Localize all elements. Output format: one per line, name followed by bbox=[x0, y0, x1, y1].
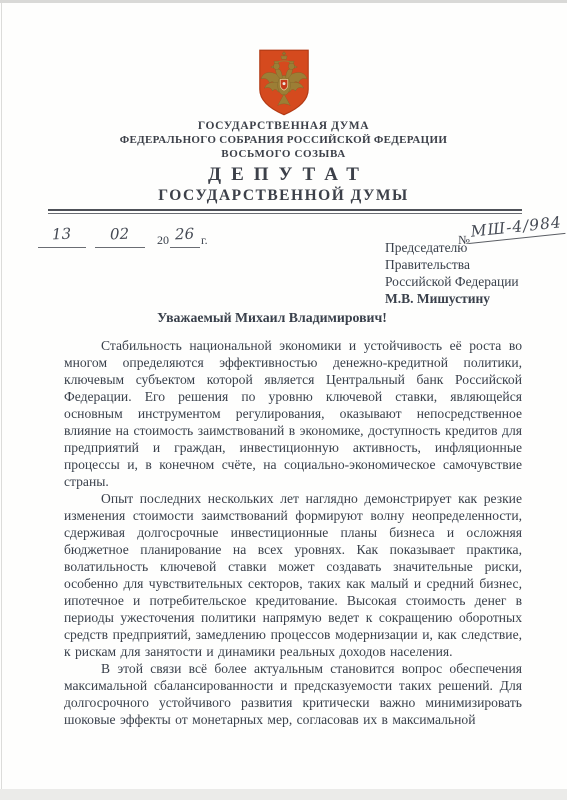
recipient-block: Председателю Правительства Российской Фе… bbox=[385, 239, 519, 307]
deputy-subtitle: ГОСУДАРСТВЕННОЙ ДУМЫ bbox=[0, 187, 567, 205]
date-day-value: 13 bbox=[52, 227, 72, 243]
recipient-line1: Председателю bbox=[385, 239, 519, 256]
org-name-line1: ГОСУДАРСТВЕННАЯ ДУМА bbox=[0, 120, 567, 132]
date-year-prefix: 20 bbox=[157, 233, 169, 247]
recipient-line2: Правительства bbox=[385, 256, 519, 273]
date-year-group: 2026г. bbox=[157, 233, 208, 247]
letterhead-divider bbox=[48, 209, 522, 214]
date-month-value: 02 bbox=[110, 227, 130, 243]
org-name-line2: ФЕДЕРАЛЬНОГО СОБРАНИЯ РОССИЙСКОЙ ФЕДЕРАЦ… bbox=[0, 134, 567, 146]
scanned-letter-page: ГОСУДАРСТВЕННАЯ ДУМА ФЕДЕРАЛЬНОГО СОБРАН… bbox=[0, 0, 567, 800]
recipient-line3: Российской Федерации bbox=[385, 273, 519, 290]
org-name-line3: ВОСЬМОГО СОЗЫВА bbox=[0, 148, 567, 160]
letterhead-org-block: ГОСУДАРСТВЕННАЯ ДУМА ФЕДЕРАЛЬНОГО СОБРАН… bbox=[0, 120, 567, 160]
recipient-name: М.В. Мишустину bbox=[385, 290, 519, 307]
paragraph-1: Стабильность национальной экономики и ус… bbox=[64, 337, 522, 490]
outgoing-number-value: МШ-4/984 bbox=[470, 215, 563, 240]
deputy-title: ДЕПУТАТ bbox=[0, 164, 567, 186]
date-year-value: 26 bbox=[175, 227, 195, 243]
date-year-slot: 26 bbox=[170, 227, 200, 248]
paragraph-3: В этой связи всё более актуальным станов… bbox=[64, 660, 522, 728]
date-unit-label: г. bbox=[201, 233, 208, 247]
salutation: Уважаемый Михаил Владимирович! bbox=[60, 310, 484, 326]
letter-body: Стабильность национальной экономики и ус… bbox=[64, 337, 522, 728]
date-day-slot: 13 bbox=[38, 227, 86, 248]
date-field: 13022026г. bbox=[38, 227, 208, 248]
date-month-slot: 02 bbox=[95, 227, 145, 248]
scan-edge-bottom bbox=[0, 789, 567, 800]
paragraph-2: Опыт последних нескольких лет наглядно д… bbox=[64, 490, 522, 660]
russia-coat-of-arms bbox=[255, 49, 313, 117]
coat-of-arms-icon bbox=[255, 49, 313, 117]
scan-edge-top bbox=[0, 0, 567, 3]
